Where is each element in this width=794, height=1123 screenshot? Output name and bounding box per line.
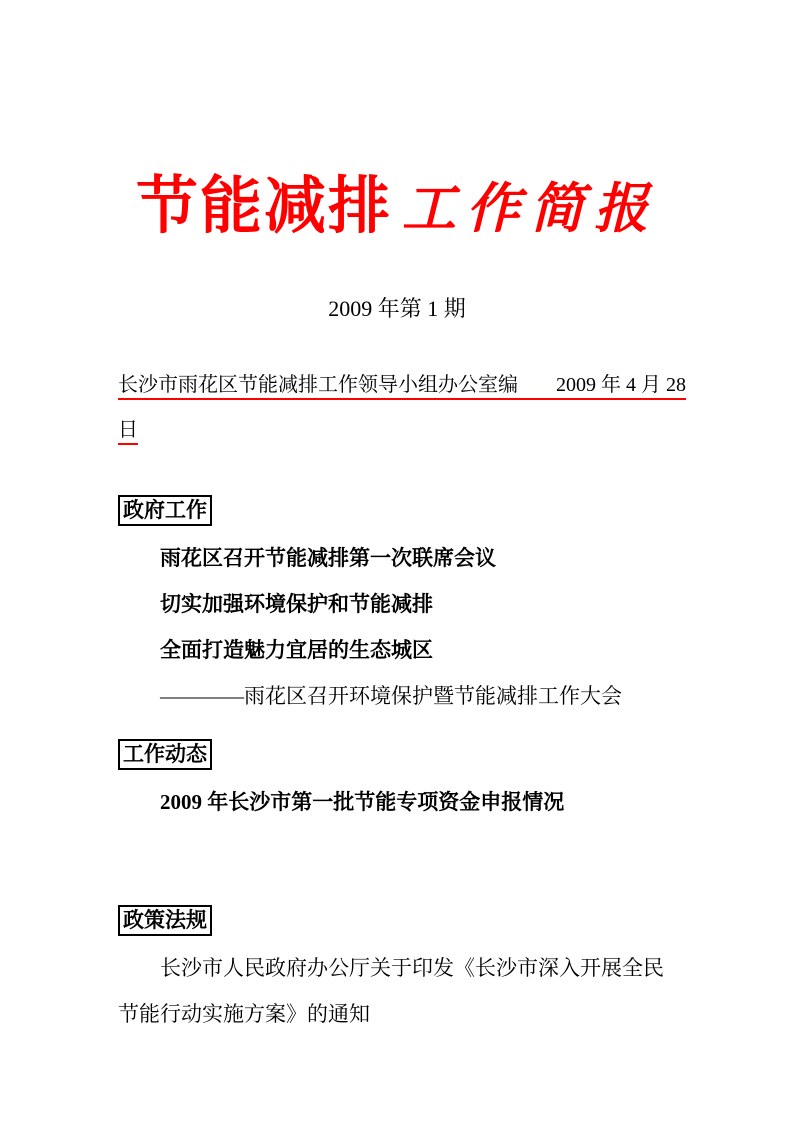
editor-line-2: 日 — [118, 417, 678, 462]
headline-item: 2009 年长沙市第一批节能专项资金申报情况 — [118, 779, 678, 825]
editor-date-block: 长沙市雨花区节能减排工作领导小组办公室编2009 年 4 月 28 日 — [118, 372, 678, 462]
editor-line-underlined: 长沙市雨花区节能减排工作领导小组办公室编2009 年 4 月 28 — [118, 372, 686, 400]
title-main-text: 节能减排 — [136, 169, 392, 242]
issue-number: 2009 年第 1 期 — [0, 292, 794, 323]
section-policies-regulations: 政策法规 长沙市人民政府办公厅关于印发《长沙市深入开展全民节能行动实施方案》的通… — [118, 905, 678, 1037]
bulletin-title: 节能减排工作简报 — [0, 168, 794, 261]
section-header-policies-regulations: 政策法规 — [118, 905, 212, 936]
section-header-government-work: 政府工作 — [118, 495, 212, 526]
bulletin-page: 节能减排工作简报 2009 年第 1 期 长沙市雨花区节能减排工作领导小组办公室… — [0, 0, 794, 1123]
section-header-work-updates: 工作动态 — [118, 739, 212, 770]
section-government-work: 政府工作 雨花区召开节能减排第一次联席会议 切实加强环境保护和节能减排 全面打造… — [118, 495, 678, 719]
section-work-updates: 工作动态 2009 年长沙市第一批节能专项资金申报情况 — [118, 739, 678, 825]
headline-item: 雨花区召开节能减排第一次联席会议 — [118, 535, 678, 581]
section-items: 2009 年长沙市第一批节能专项资金申报情况 — [118, 779, 678, 825]
title-script-text: 工作简报 — [402, 179, 658, 239]
date-text: 2009 年 4 月 28 — [556, 374, 686, 396]
headline-subitem: ————雨花区召开环境保护暨节能减排工作大会 — [118, 673, 678, 719]
section-items: 长沙市人民政府办公厅关于印发《长沙市深入开展全民节能行动实施方案》的通知 — [118, 945, 678, 1037]
publisher-text: 长沙市雨花区节能减排工作领导小组办公室编 — [118, 374, 518, 396]
editor-line-1: 长沙市雨花区节能减排工作领导小组办公室编2009 年 4 月 28 — [118, 372, 678, 417]
headline-item: 切实加强环境保护和节能减排 — [118, 581, 678, 627]
date-wrap-text: 日 — [118, 417, 138, 445]
headline-item: 全面打造魅力宜居的生态城区 — [118, 627, 678, 673]
headline-item: 长沙市人民政府办公厅关于印发《长沙市深入开展全民节能行动实施方案》的通知 — [118, 945, 678, 1037]
section-items: 雨花区召开节能减排第一次联席会议 切实加强环境保护和节能减排 全面打造魅力宜居的… — [118, 535, 678, 719]
